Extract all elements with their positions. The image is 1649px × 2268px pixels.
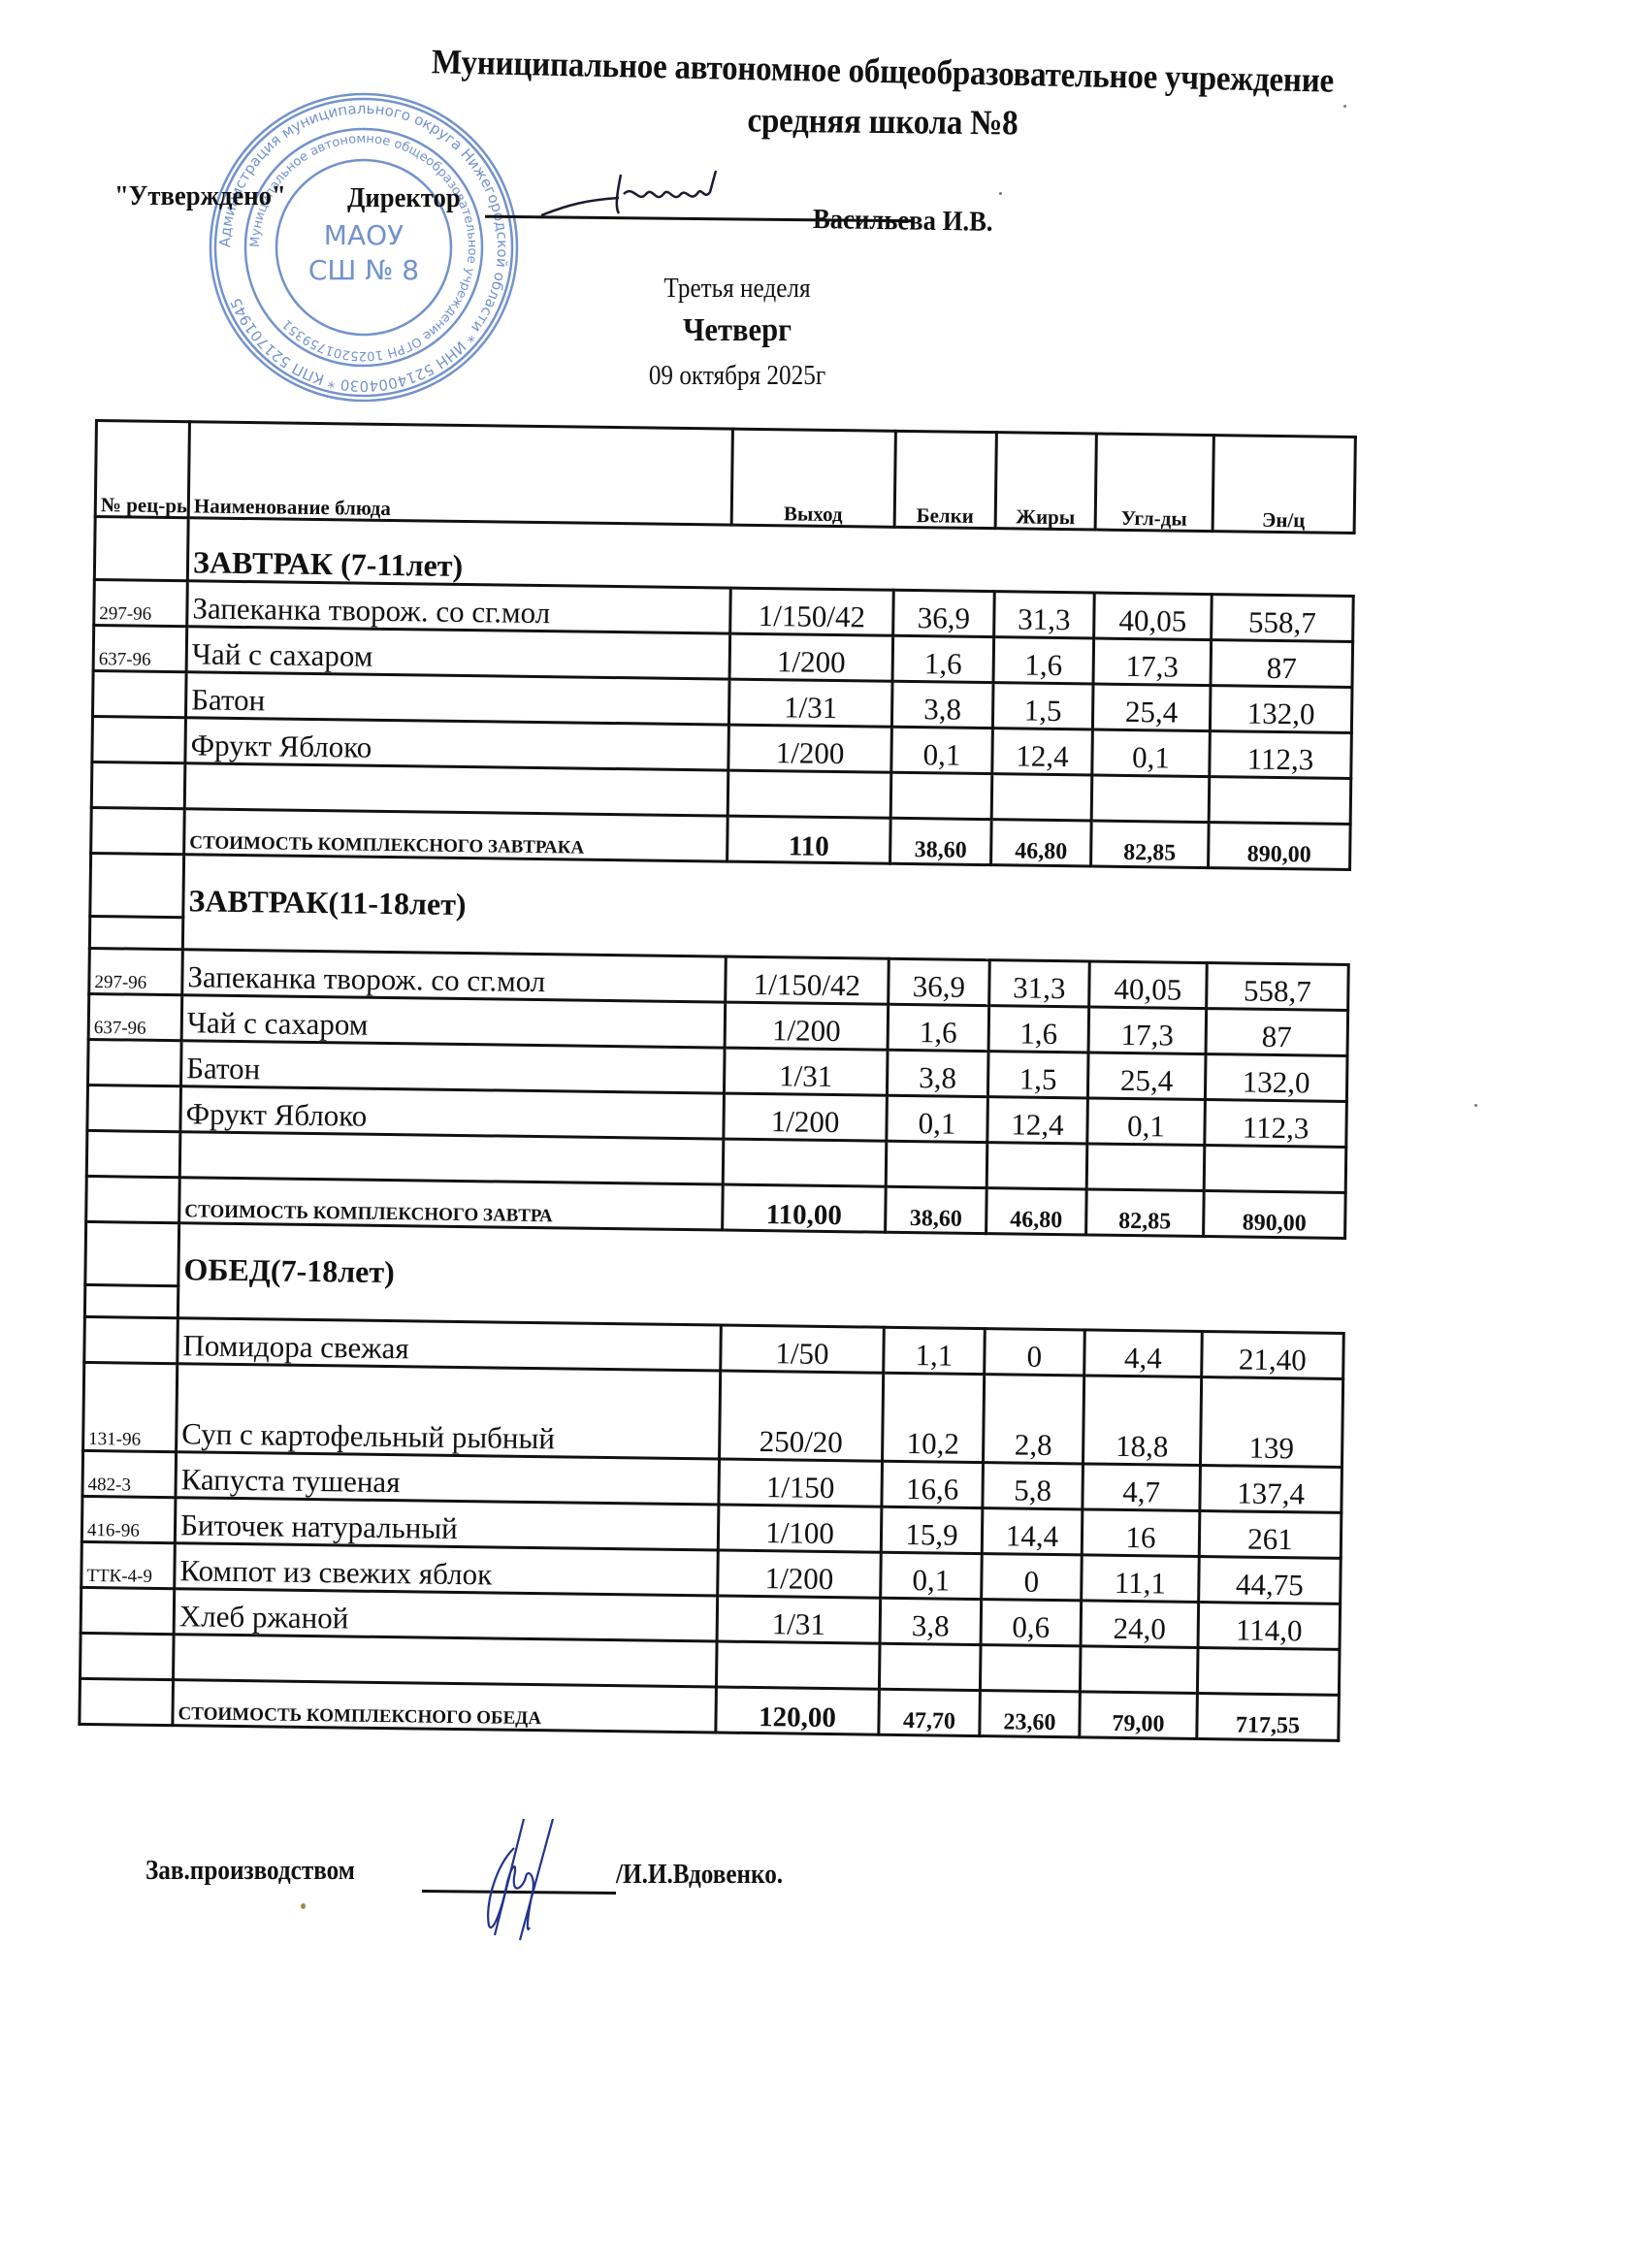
dish-fat: 31,3 — [989, 960, 1090, 1007]
dish-fat: 12,4 — [987, 1097, 1088, 1144]
dish-carbs: 25,4 — [1092, 684, 1211, 731]
rec-cell — [86, 1176, 180, 1222]
empty-cell — [1209, 777, 1351, 825]
production-manager-role: Зав.производством — [145, 1856, 355, 1887]
empty-cell — [1197, 1647, 1340, 1695]
empty-cell — [1086, 1144, 1205, 1191]
week-label: Третья неделя — [620, 274, 856, 305]
dish-carbs: 0,1 — [1092, 729, 1211, 777]
dish-output: 1/200 — [729, 633, 893, 681]
dish-output: 1/100 — [718, 1505, 882, 1552]
dish-output: 1/200 — [725, 1002, 889, 1050]
dish-carbs: 40,05 — [1094, 593, 1212, 640]
recipe-number: ТТК-4-9 — [81, 1541, 176, 1588]
empty-cell — [86, 1130, 180, 1177]
empty-cell — [91, 761, 185, 808]
total-protein: 38,60 — [886, 1186, 987, 1233]
dish-fat: 0,6 — [981, 1600, 1082, 1646]
recipe-number — [92, 670, 186, 717]
empty-cell — [1091, 775, 1210, 823]
total-carbs: 82,85 — [1091, 821, 1210, 868]
dish-output: 1/200 — [718, 1550, 882, 1598]
recipe-number: 637-96 — [93, 626, 187, 672]
dish-carbs: 4,7 — [1083, 1464, 1201, 1511]
dish-output: 1/50 — [721, 1325, 885, 1373]
dish-protein: 0,1 — [891, 727, 993, 773]
dish-protein: 10,2 — [883, 1373, 985, 1462]
empty-cell — [723, 1139, 887, 1186]
dish-fat: 1,6 — [993, 637, 1094, 684]
recipe-number: 131-96 — [83, 1362, 178, 1451]
empty-cell — [1204, 1146, 1346, 1193]
recipe-number: 482-3 — [82, 1450, 177, 1497]
dish-energy: 137,4 — [1200, 1466, 1342, 1513]
recipe-number: 297-96 — [94, 580, 188, 627]
dish-name: Помидора свежая — [178, 1318, 722, 1371]
menu-table-container: № рец-ры Наименование блюда Выход Белки … — [78, 419, 1356, 1742]
approval-role: Директор — [347, 182, 461, 214]
rec-cell — [85, 1221, 179, 1285]
column-header-carbs: Угл-ды — [1095, 434, 1213, 532]
dish-output: 1/31 — [724, 1048, 888, 1095]
dish-fat: 0 — [985, 1329, 1085, 1376]
dish-fat: 0 — [982, 1554, 1083, 1601]
total-label: СТОИМОСТЬ КОМПЛЕКСНОГО ЗАВТРАКА — [184, 809, 728, 861]
dish-fat: 1,6 — [988, 1006, 1089, 1053]
dish-name: Фрукт Яблоко — [185, 718, 729, 770]
dish-energy: 132,0 — [1210, 686, 1352, 733]
dish-output: 1/150 — [719, 1459, 883, 1507]
dish-protein: 1,1 — [884, 1327, 986, 1374]
total-fat: 46,80 — [991, 820, 1092, 866]
dish-fat: 12,4 — [992, 729, 1093, 775]
dish-fat: 2,8 — [983, 1375, 1083, 1464]
dish-carbs: 24,0 — [1081, 1601, 1199, 1648]
dish-output: 1/31 — [717, 1596, 881, 1643]
rec-cell — [90, 853, 184, 917]
dish-energy: 87 — [1206, 1009, 1348, 1056]
svg-text:СШ № 8: СШ № 8 — [308, 254, 419, 286]
dish-protein: 16,6 — [882, 1461, 984, 1507]
recipe-number: 637-96 — [88, 993, 182, 1040]
dish-fat: 31,3 — [994, 592, 1095, 638]
dish-energy: 112,3 — [1205, 1100, 1347, 1148]
empty-cell — [886, 1141, 987, 1187]
menu-table: № рец-ры Наименование блюда Выход Белки … — [78, 419, 1357, 1742]
dish-output: 1/31 — [728, 679, 892, 727]
manager-signature-icon — [456, 1819, 572, 1945]
scan-speck — [1343, 105, 1346, 108]
dish-name: Запеканка творож. со сг.мол — [187, 581, 731, 633]
empty-cell — [727, 770, 891, 818]
rec-cell — [91, 807, 185, 854]
dish-protein: 36,9 — [893, 590, 995, 636]
empty-cell — [173, 1635, 717, 1687]
dish-name: Батон — [185, 672, 729, 725]
dish-name: Чай с сахаром — [181, 995, 726, 1048]
dish-energy: 87 — [1211, 640, 1353, 688]
dish-energy: 44,75 — [1199, 1556, 1342, 1604]
dish-fat: 1,5 — [992, 683, 1093, 729]
total-label: СТОИМОСТЬ КОМПЛЕКСНОГО ЗАВТРА — [179, 1178, 724, 1230]
dish-carbs: 18,8 — [1083, 1376, 1201, 1466]
dish-energy: 558,7 — [1212, 595, 1354, 642]
dish-output: 250/20 — [720, 1371, 884, 1461]
total-carbs: 82,85 — [1086, 1189, 1205, 1237]
dish-protein: 3,8 — [887, 1050, 988, 1096]
total-fat: 23,60 — [980, 1691, 1081, 1737]
dish-protein: 36,9 — [889, 958, 990, 1005]
total-energy: 890,00 — [1209, 823, 1351, 870]
date-label: 09 октября 2025г — [620, 361, 856, 392]
scan-speck — [301, 1903, 306, 1909]
empty-cell — [986, 1143, 1087, 1189]
dish-carbs: 16 — [1082, 1509, 1200, 1557]
dish-name: Капуста тушеная — [176, 1452, 720, 1505]
dish-protein: 0,1 — [881, 1552, 983, 1599]
dish-energy: 558,7 — [1207, 963, 1349, 1011]
dish-output: 1/200 — [724, 1093, 888, 1141]
approval-label: "Утверждено" — [114, 180, 286, 212]
total-protein: 47,70 — [879, 1689, 981, 1735]
official-stamp-icon: Администрация муниципального округа Ниже… — [204, 87, 524, 407]
dish-fat: 5,8 — [983, 1463, 1083, 1509]
rec-cell — [80, 1678, 174, 1725]
director-signature-icon — [532, 165, 823, 223]
approval-block: "Утверждено" Директор Васильева И.В. — [114, 180, 1084, 227]
total-price: 110 — [727, 816, 891, 863]
total-price: 110,00 — [723, 1184, 887, 1232]
dish-name: Компот из свежих яблок — [175, 1543, 719, 1596]
dish-protein: 1,6 — [888, 1004, 989, 1051]
empty-cell — [81, 1633, 175, 1679]
rec-cell — [94, 517, 188, 581]
dish-energy: 21,40 — [1202, 1332, 1344, 1379]
dish-name: Батон — [181, 1041, 726, 1093]
dish-name: Чай с сахаром — [186, 627, 730, 679]
recipe-number — [88, 1039, 182, 1085]
dish-protein: 3,8 — [891, 681, 993, 728]
dish-name: Хлеб ржаной — [174, 1589, 718, 1641]
total-label: СТОИМОСТЬ КОМПЛЕКСНОГО ОБЕДА — [173, 1680, 717, 1733]
recipe-number: 416-96 — [81, 1496, 176, 1542]
empty-cell — [980, 1645, 1081, 1692]
dish-fat: 1,5 — [987, 1052, 1088, 1098]
total-energy: 717,55 — [1197, 1693, 1340, 1740]
production-manager-block: Зав.производством /И.И.Вдовенко. — [145, 1848, 1018, 1916]
rec-cell — [84, 1284, 178, 1317]
dish-carbs: 25,4 — [1087, 1053, 1206, 1100]
menu-item-row: 131-96Суп с картофельный рыбный250/2010,… — [83, 1362, 1343, 1467]
dish-output: 1/200 — [728, 725, 892, 772]
scan-speck — [1474, 1104, 1477, 1107]
dish-output: 1/150/42 — [726, 956, 889, 1004]
dish-carbs: 17,3 — [1093, 638, 1212, 686]
total-price: 120,00 — [716, 1687, 880, 1734]
dish-carbs: 40,05 — [1089, 961, 1208, 1009]
empty-cell — [879, 1643, 981, 1690]
column-header-name: Наименование блюда — [188, 422, 732, 525]
column-header-rec: № рец-ры — [95, 421, 189, 518]
dish-carbs: 17,3 — [1088, 1007, 1207, 1054]
dish-protein: 3,8 — [880, 1598, 982, 1644]
dish-carbs: 0,1 — [1087, 1098, 1206, 1146]
dish-energy: 132,0 — [1205, 1054, 1347, 1102]
dish-protein: 15,9 — [881, 1507, 983, 1553]
recipe-number — [92, 716, 186, 762]
dish-name: Запеканка творож. со сг.мол — [182, 950, 727, 1002]
empty-cell — [890, 772, 992, 819]
dish-output: 1/150/42 — [730, 588, 894, 635]
scan-speck — [999, 192, 1002, 195]
empty-cell — [1080, 1646, 1198, 1694]
dish-protein: 0,1 — [887, 1095, 988, 1142]
day-label: Четверг — [620, 312, 856, 349]
total-carbs: 79,00 — [1080, 1692, 1198, 1739]
total-protein: 38,60 — [890, 818, 992, 864]
empty-cell — [179, 1132, 724, 1184]
dish-energy: 112,3 — [1210, 731, 1352, 779]
recipe-number — [81, 1587, 175, 1634]
production-manager-name: /И.И.Вдовенко. — [616, 1860, 783, 1891]
dish-protein: 1,6 — [892, 635, 994, 682]
dish-name: Суп с картофельный рыбный — [177, 1364, 721, 1459]
dish-energy: 261 — [1199, 1511, 1342, 1559]
recipe-number — [84, 1316, 178, 1363]
table-header-row: № рец-ры Наименование блюда Выход Белки … — [95, 421, 1355, 534]
rec-cell — [89, 916, 182, 949]
director-name: Васильева И.В. — [813, 204, 993, 239]
dish-name: Фрукт Яблоко — [180, 1086, 725, 1139]
column-header-energy: Эн/ц — [1212, 436, 1355, 534]
column-header-output: Выход — [731, 429, 895, 527]
dish-energy: 139 — [1200, 1377, 1342, 1468]
column-header-protein: Белки — [894, 431, 996, 528]
column-header-fat: Жиры — [995, 433, 1096, 530]
empty-cell — [991, 774, 1092, 821]
dish-fat: 14,4 — [982, 1508, 1083, 1555]
empty-cell — [184, 763, 728, 816]
dish-name: Биточек натуральный — [175, 1498, 719, 1550]
empty-cell — [716, 1641, 880, 1689]
total-energy: 890,00 — [1204, 1191, 1346, 1239]
recipe-number: 297-96 — [89, 948, 183, 994]
dish-carbs: 11,1 — [1082, 1555, 1200, 1603]
total-fat: 46,80 — [986, 1188, 1087, 1235]
recipe-number — [87, 1085, 181, 1131]
dish-carbs: 4,4 — [1084, 1330, 1203, 1377]
dish-energy: 114,0 — [1198, 1602, 1341, 1649]
